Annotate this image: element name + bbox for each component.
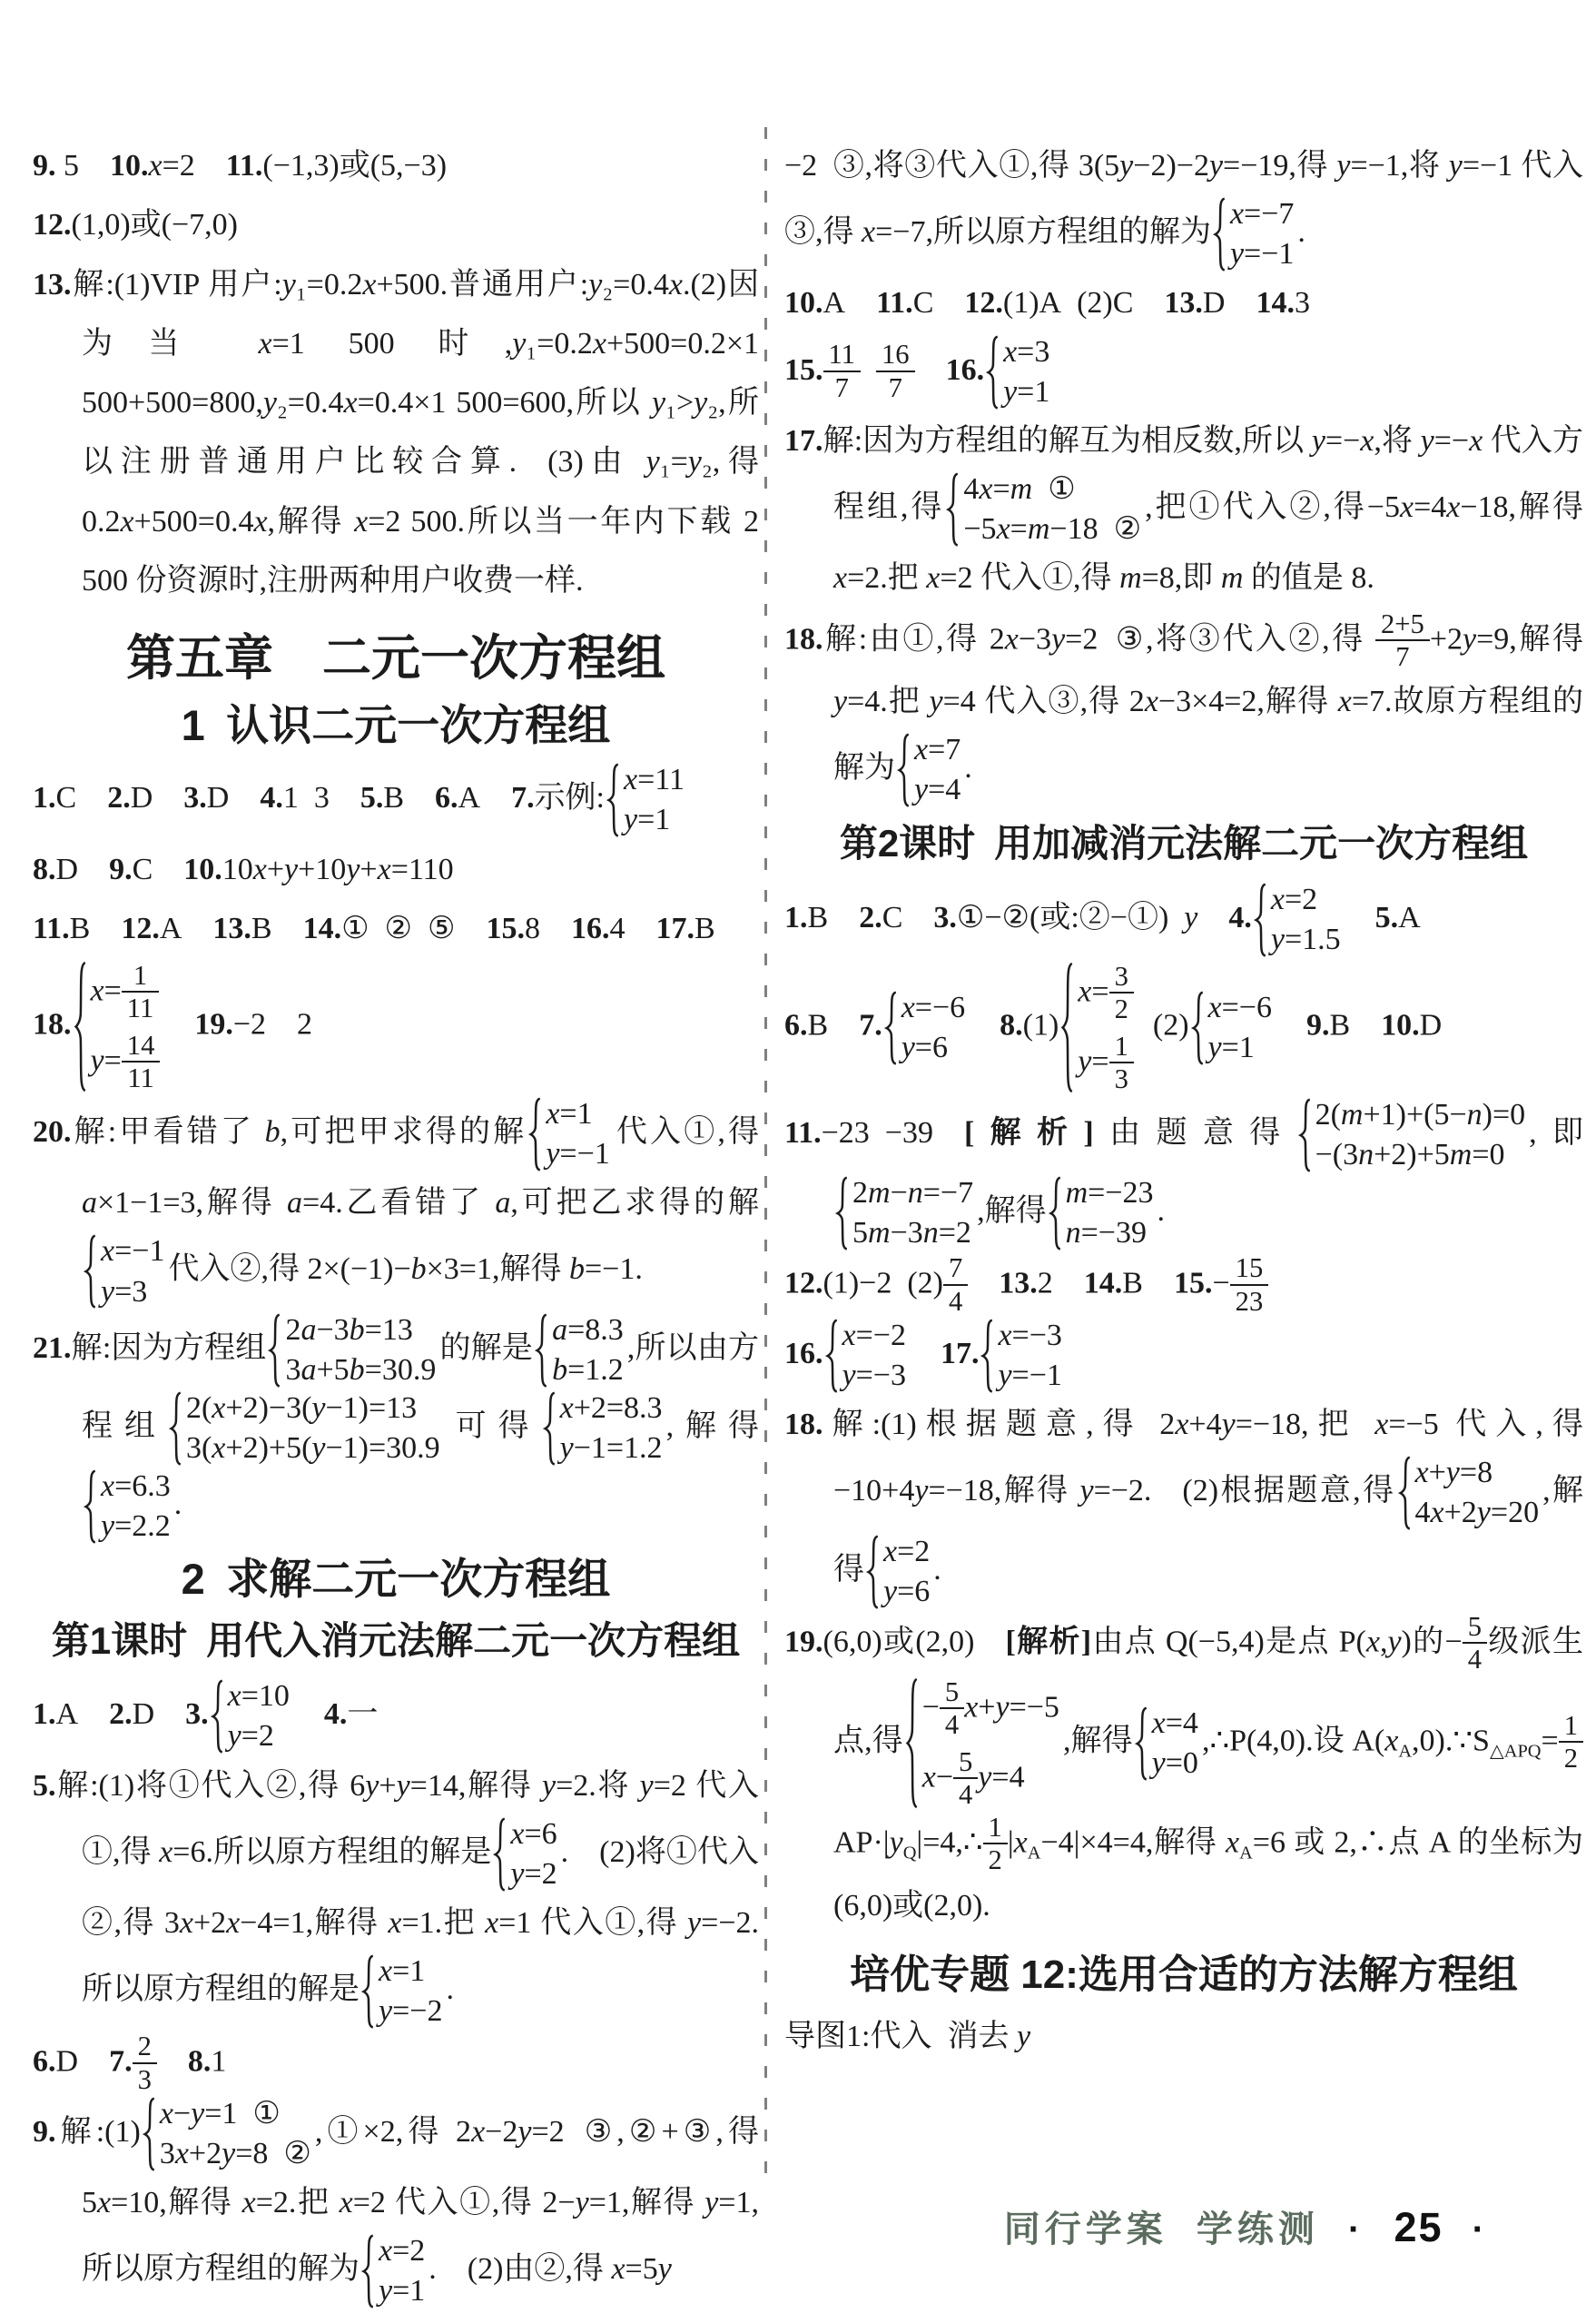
equation-system: 4x=m ①−5x=m−18 ② [946, 472, 1141, 547]
equation-system: x=2y=6 [866, 1535, 930, 1609]
answer-paragraph: 1.A 2.D 3.x=10y=2 4.一 [33, 1677, 759, 1755]
curly-brace-icon [1298, 1098, 1312, 1172]
fraction: 54 [953, 1746, 978, 1811]
answer-paragraph: 13.解:(1)VIP 用户:y₁=0.2x+500.普通用户:y₂=0.4x.… [33, 255, 759, 611]
answer-paragraph: 18.x=111y=1411 19.−2 2 [33, 958, 759, 1095]
answer-paragraph: 19.(6,0)或(2,0) [解析]由点 Q(−5,4)是点 P(x,y)的−… [784, 1611, 1583, 1935]
equation-system: 2a−3b=133a+5b=30.9 [268, 1313, 436, 1388]
equation-system: x=−6y=1 [1191, 991, 1272, 1065]
equation-system: x=6y=2 [493, 1817, 557, 1892]
equation-system: m=−23n=−39 [1049, 1176, 1154, 1250]
trailing-dot: · [1473, 2209, 1489, 2249]
fraction: 54 [940, 1676, 964, 1741]
series-name: 学练测 [1197, 2209, 1319, 2249]
equation-system: 2(x+2)−3(y−1)=133(x+2)+5(y−1)=30.9 [169, 1391, 440, 1466]
answer-paragraph: 6.D 7.23 8.1 [33, 2031, 759, 2095]
section-heading: 2 求解二元一次方程组 [33, 1553, 759, 1606]
curly-brace-icon [1398, 1456, 1412, 1530]
special-topic-heading: 培优专题 12:选用合适的方法解方程组 [784, 1950, 1583, 2000]
fraction: 1523 [1230, 1252, 1269, 1317]
curly-brace-icon [1060, 961, 1074, 1094]
answer-paragraph: 16.x=−2y=−3 17.x=−3y=−1 [784, 1317, 1583, 1395]
fraction: 74 [943, 1252, 968, 1317]
curly-brace-icon [1191, 991, 1205, 1065]
equation-system: x=−6y=6 [884, 991, 965, 1065]
curly-brace-icon [84, 1234, 97, 1309]
answer-paragraph: 10.A 11.C 12.(1)A (2)C 13.D 14.3 [784, 273, 1583, 332]
fraction: 12 [983, 1812, 1008, 1876]
curly-brace-icon [143, 2097, 156, 2171]
equation-system: x=3y=1 [986, 335, 1049, 410]
curly-brace-icon [946, 472, 960, 547]
answer-paragraph: 17.解:因为方程组的解互为相反数,所以 y=−x,将 y=−x 代入方程组,得… [784, 411, 1583, 608]
answer-paragraph: −2 ③,将③代入①,得 3(5y−2)−2y=−19,得 y=−1,将 y=−… [784, 136, 1583, 273]
equation-system: x+y=84x+2y=20 [1398, 1456, 1540, 1530]
curly-brace-icon [169, 1391, 182, 1466]
equation-system: x+2=8.3y−1=1.2 [543, 1391, 663, 1466]
answer-paragraph: 15.117 167 16.x=3y=1 [784, 333, 1583, 411]
column-divider-dashed-line [764, 127, 767, 2189]
answer-paragraph: 9.解:(1)x−y=1 ①3x+2y=8 ②,①×2,得 2x−2y=2 ③,… [33, 2095, 759, 2311]
brand-name: 同行学案 [1004, 2209, 1167, 2249]
lesson-heading: 第1课时 用代入消元法解二元一次方程组 [33, 1617, 759, 1666]
answer-paragraph: 21.解:因为方程组2a−3b=133a+5b=30.9的解是a=8.3b=1.… [33, 1311, 759, 1546]
equation-system: x=11y=1 [606, 763, 685, 837]
fraction: 13 [1109, 1031, 1134, 1095]
curly-brace-icon [986, 335, 1000, 410]
answer-key-page: 9. 5 10.x=2 11.(−1,3)或(5,−3)12.(1,0)或(−7… [0, 0, 1596, 2323]
equation-system: 2(m+1)+(5−n)=0−(3n+2)+5m=0 [1298, 1098, 1526, 1172]
answer-paragraph: 1.C 2.D 3.D 4.1 3 5.B 6.A 7.示例:x=11y=1 [33, 761, 759, 839]
right-column: −2 ③,将③代入①,得 3(5y−2)−2y=−19,得 y=−1,将 y=−… [784, 136, 1583, 2066]
answer-paragraph: 导图1:代入 消去 y [784, 2007, 1583, 2066]
curly-brace-icon [493, 1817, 507, 1892]
curly-brace-icon [825, 1319, 839, 1393]
equation-system: x=−3y=−1 [980, 1319, 1061, 1393]
fraction: 54 [1463, 1611, 1487, 1676]
equation-system: −54x+y=−5x−54y=4 [905, 1676, 1059, 1810]
section-heading: 1 认识二元一次方程组 [33, 699, 759, 753]
curly-brace-icon [1213, 197, 1227, 272]
answer-paragraph: 9. 5 10.x=2 11.(−1,3)或(5,−3) [33, 136, 759, 195]
equation-system: x=−2y=−3 [825, 1319, 906, 1393]
lesson-heading: 第2课时 用加减消元法解二元一次方程组 [784, 820, 1583, 868]
curly-brace-icon [74, 960, 87, 1093]
answer-paragraph: 6.B 7.x=−6y=6 8.(1)x=32y=13 (2)x=−6y=1 9… [784, 959, 1583, 1096]
curly-brace-icon [980, 1319, 994, 1393]
curly-brace-icon [535, 1313, 548, 1388]
curly-brace-icon [84, 1469, 97, 1544]
equation-system: 2m−n=−75m−3n=2 [835, 1176, 973, 1250]
equation-system: a=8.3b=1.2 [535, 1313, 624, 1388]
curly-brace-icon [866, 1535, 880, 1609]
curly-brace-icon [528, 1097, 542, 1171]
equation-system: x=−7y=−1 [1213, 197, 1294, 272]
curly-brace-icon [211, 1679, 224, 1754]
curly-brace-icon [1049, 1176, 1062, 1250]
answer-paragraph: 11.B 12.A 13.B 14.① ② ⑤ 15.8 16.4 17.B [33, 899, 759, 958]
fraction: 117 [823, 339, 861, 403]
equation-system: x=4y=0 [1135, 1706, 1198, 1781]
curly-brace-icon [543, 1391, 557, 1466]
curly-brace-icon [361, 1954, 375, 2029]
equation-system: x=6.3y=2.2 [84, 1469, 171, 1544]
separator-dot: · [1348, 2209, 1364, 2249]
curly-brace-icon [361, 2234, 375, 2308]
answer-paragraph: 12.(1)−2 (2)74 13.2 14.B 15.−1523 [784, 1252, 1583, 1317]
curly-brace-icon [897, 733, 911, 807]
answer-paragraph: 11.−23 −39 [解析]由题意得2(m+1)+(5−n)=0−(3n+2)… [784, 1096, 1583, 1252]
left-column: 9. 5 10.x=2 11.(−1,3)或(5,−3)12.(1,0)或(−7… [33, 136, 759, 2310]
answer-paragraph: 1.B 2.C 3.①−②(或:②−①) y 4.x=2y=1.5 5.A [784, 881, 1583, 959]
fraction: 32 [1109, 961, 1134, 1025]
curly-brace-icon [606, 763, 620, 837]
answer-paragraph: 5.解:(1)将①代入②,得 6y+y=14,解得 y=2.将 y=2 代入①,… [33, 1756, 759, 2031]
fraction: 2+57 [1375, 608, 1430, 673]
equation-system: x=111y=1411 [74, 960, 161, 1093]
equation-system: x=10y=2 [211, 1679, 290, 1754]
equation-system: x=7y=4 [897, 733, 961, 807]
equation-system: x=2y=1 [361, 2234, 425, 2308]
equation-system: x=−1y=3 [84, 1234, 164, 1309]
answer-paragraph: 12.(1,0)或(−7,0) [33, 195, 759, 254]
equation-system: x=2y=1.5 [1254, 883, 1341, 957]
curly-brace-icon [1135, 1706, 1148, 1781]
chapter-heading: 第五章 二元一次方程组 [33, 628, 759, 690]
fraction: 12 [1559, 1710, 1583, 1774]
fraction: 167 [876, 339, 915, 403]
fraction: 1411 [122, 1030, 161, 1094]
curly-brace-icon [835, 1176, 849, 1250]
answer-paragraph: 18.解:由①,得 2x−3y=2 ③,将③代入②,得 2+57+2y=9,解得… [784, 608, 1583, 810]
page-number: 25 [1394, 2204, 1443, 2250]
fraction: 23 [133, 2031, 157, 2095]
answer-paragraph: 8.D 9.C 10.10x+y+10y+x=110 [33, 840, 759, 899]
curly-brace-icon [1254, 883, 1267, 957]
answer-paragraph: 18.解:(1)根据题意,得 2x+4y=−18,把 x=−5 代入,得−10+… [784, 1395, 1583, 1611]
page-footer: 同行学案 学练测 · 25 · [990, 2200, 1489, 2252]
equation-system: x=32y=13 [1060, 961, 1134, 1094]
equation-system: x−y=1 ①3x+2y=8 ② [143, 2097, 311, 2171]
fraction: 111 [122, 960, 159, 1024]
curly-brace-icon [268, 1313, 281, 1388]
curly-brace-icon [884, 991, 898, 1065]
equation-system: x=1y=−2 [361, 1954, 442, 2029]
equation-system: x=1y=−1 [528, 1097, 609, 1171]
curly-brace-icon [905, 1676, 919, 1810]
answer-paragraph: 20.解:甲看错了 b,可把甲求得的解x=1y=−1代入①,得 a×1−1=3,… [33, 1095, 759, 1311]
